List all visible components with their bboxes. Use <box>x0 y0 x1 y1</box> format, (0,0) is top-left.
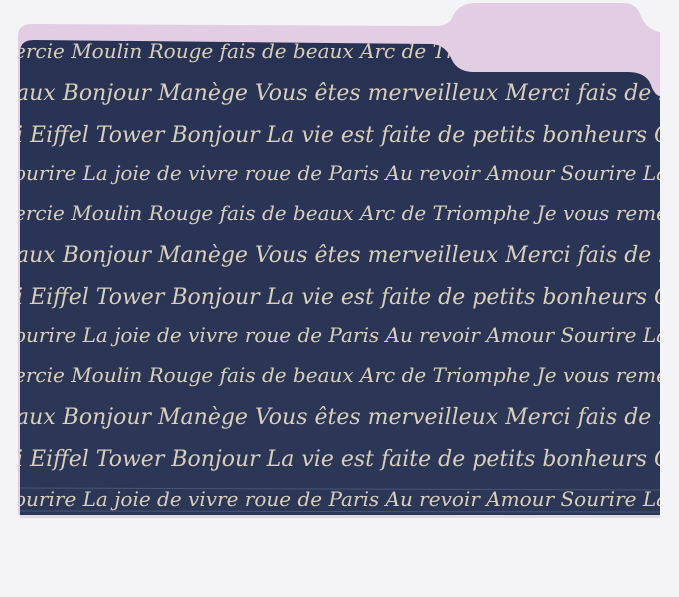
pattern-row: …ourire La joie de vivre roue de Paris A… <box>0 323 679 347</box>
pattern-row: …ourire La joie de vivre roue de Paris A… <box>0 487 679 511</box>
pattern-row: …aux Bonjour Manège Vous êtes merveilleu… <box>0 81 679 106</box>
folder-front: …ercie Moulin Rouge fais de beaux Arc de… <box>0 0 679 597</box>
product-photo: …ercie Moulin Rouge fais de beaux Arc de… <box>0 0 679 597</box>
pattern-row: …ercie Moulin Rouge fais de beaux Arc de… <box>0 201 679 225</box>
file-folder: …ercie Moulin Rouge fais de beaux Arc de… <box>0 0 679 597</box>
pattern-row: …i Eiffel Tower Bonjour La vie est faite… <box>0 123 679 148</box>
pattern-row: …aux Bonjour Manège Vous êtes merveilleu… <box>0 405 679 430</box>
pattern-row: …i Eiffel Tower Bonjour La vie est faite… <box>0 285 679 310</box>
pattern-row: …ercie Moulin Rouge fais de beaux Arc de… <box>0 363 679 387</box>
pattern-row: …aux Bonjour Manège Vous êtes merveilleu… <box>0 243 679 268</box>
folder-shadow <box>20 515 660 518</box>
pattern-row: …i Eiffel Tower Bonjour La vie est faite… <box>0 447 679 472</box>
pattern-row: …ourire La joie de vivre roue de Paris A… <box>0 161 679 185</box>
